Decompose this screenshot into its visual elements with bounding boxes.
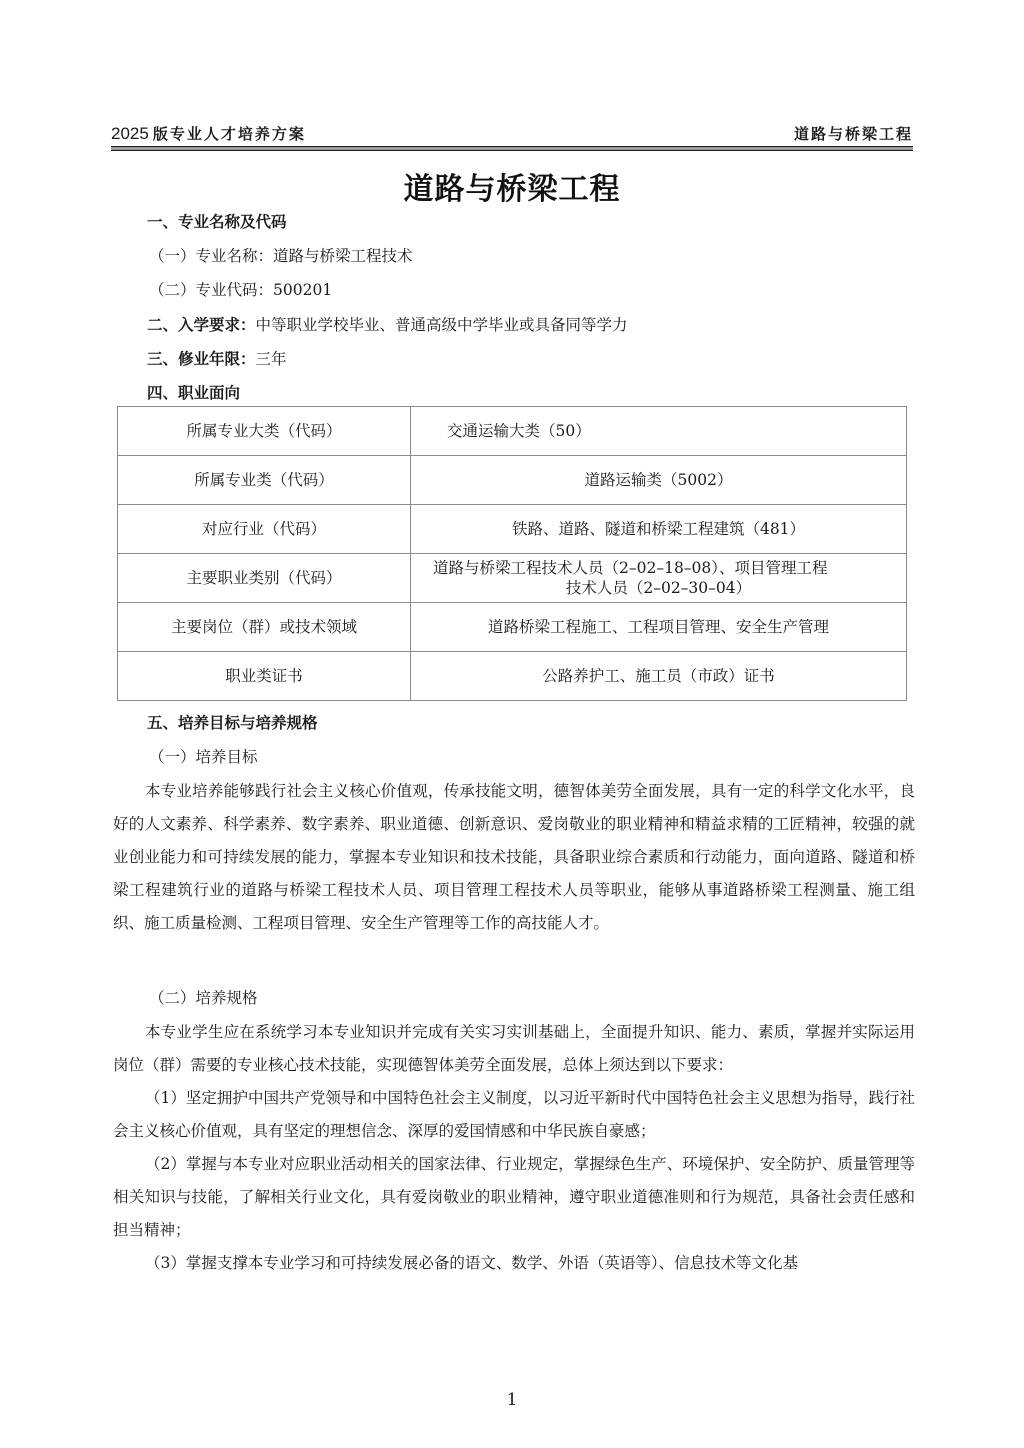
- training-goal-heading: （一）培养目标: [149, 746, 258, 768]
- table-cell-value: 铁路、道路、隧道和桥梁工程建筑（481）: [411, 505, 907, 554]
- running-header-right: 道路与桥梁工程: [794, 123, 913, 144]
- section-2-heading: 二、入学要求：中等职业学校毕业、普通高级中学毕业或具备同等学力: [147, 314, 628, 336]
- table-row: 主要职业类别（代码） 道路与桥梁工程技术人员（2–02–18–08）、项目管理工…: [118, 554, 907, 603]
- table-cell-value: 交通运输大类（50）: [411, 407, 907, 456]
- duration-value: 三年: [256, 350, 287, 368]
- table-cell-key: 所属专业类（代码）: [118, 456, 411, 505]
- table-cell-key: 主要岗位（群）或技术领域: [118, 603, 411, 652]
- table-cell-value: 道路与桥梁工程技术人员（2–02–18–08）、项目管理工程 技术人员（2–02…: [411, 554, 907, 603]
- table-cell-value: 道路桥梁工程施工、工程项目管理、安全生产管理: [411, 603, 907, 652]
- table-row: 职业类证书 公路养护工、施工员（市政）证书: [118, 652, 907, 701]
- section-5-heading: 五、培养目标与培养规格: [147, 712, 318, 734]
- training-spec-heading: （二）培养规格: [149, 987, 258, 1009]
- table-row: 对应行业（代码） 铁路、道路、隧道和桥梁工程建筑（481）: [118, 505, 907, 554]
- running-header-year: 2025: [111, 124, 149, 143]
- document-title: 道路与桥梁工程: [0, 164, 1024, 208]
- table-row: 所属专业大类（代码） 交通运输大类（50）: [118, 407, 907, 456]
- major-name-label: （一）专业名称：: [149, 247, 273, 265]
- admission-value: 中等职业学校毕业、普通高级中学毕业或具备同等学力: [256, 316, 628, 334]
- major-code-label: （二）专业代码：: [149, 281, 273, 299]
- table-row: 主要岗位（群）或技术领域 道路桥梁工程施工、工程项目管理、安全生产管理: [118, 603, 907, 652]
- table-cell-key: 职业类证书: [118, 652, 411, 701]
- table-cell-key: 所属专业大类（代码）: [118, 407, 411, 456]
- running-header-left-text: 版专业人才培养方案: [153, 125, 306, 143]
- training-goal-paragraph: 本专业培养能够践行社会主义核心价值观，传承技能文明，德智体美劳全面发展，具有一定…: [113, 775, 915, 940]
- spec-item-2: （2）掌握与本专业对应职业活动相关的国家法律、行业规定，掌握绿色生产、环境保护、…: [113, 1148, 915, 1247]
- section-1-heading: 一、专业名称及代码: [147, 211, 287, 233]
- major-code-line: （二）专业代码：500201: [149, 279, 332, 301]
- table-cell-key: 主要职业类别（代码）: [118, 554, 411, 603]
- table-cell-value-line-1: 道路与桥梁工程技术人员（2–02–18–08）、项目管理工程: [411, 558, 906, 578]
- major-code-value: 500201: [273, 281, 332, 299]
- table-cell-key: 对应行业（代码）: [118, 505, 411, 554]
- career-orientation-table: 所属专业大类（代码） 交通运输大类（50） 所属专业类（代码） 道路运输类（50…: [117, 406, 907, 701]
- table-cell-value-line-2: 技术人员（2–02–30–04）: [411, 578, 906, 598]
- duration-label: 三、修业年限：: [147, 350, 256, 368]
- header-rule: [111, 146, 913, 151]
- table-cell-value: 公路养护工、施工员（市政）证书: [411, 652, 907, 701]
- page-number: 1: [0, 1390, 1024, 1410]
- admission-label: 二、入学要求：: [147, 316, 256, 334]
- section-4-heading: 四、职业面向: [147, 382, 240, 404]
- spec-item-1: （1）坚定拥护中国共产党领导和中国特色社会主义制度，以习近平新时代中国特色社会主…: [113, 1082, 915, 1148]
- running-header-left: 2025版专业人才培养方案: [111, 123, 306, 144]
- running-header: 2025版专业人才培养方案 道路与桥梁工程: [111, 122, 913, 144]
- major-name-line: （一）专业名称：道路与桥梁工程技术: [149, 245, 413, 267]
- major-name-value: 道路与桥梁工程技术: [273, 247, 413, 265]
- table-cell-value: 道路运输类（5002）: [411, 456, 907, 505]
- training-spec-intro: 本专业学生应在系统学习本专业知识并完成有关实习实训基础上，全面提升知识、能力、素…: [113, 1016, 915, 1082]
- spec-item-3: （3）掌握支撑本专业学习和可持续发展必备的语文、数学、外语（英语等）、信息技术等…: [113, 1247, 915, 1280]
- section-3-heading: 三、修业年限：三年: [147, 348, 287, 370]
- table-row: 所属专业类（代码） 道路运输类（5002）: [118, 456, 907, 505]
